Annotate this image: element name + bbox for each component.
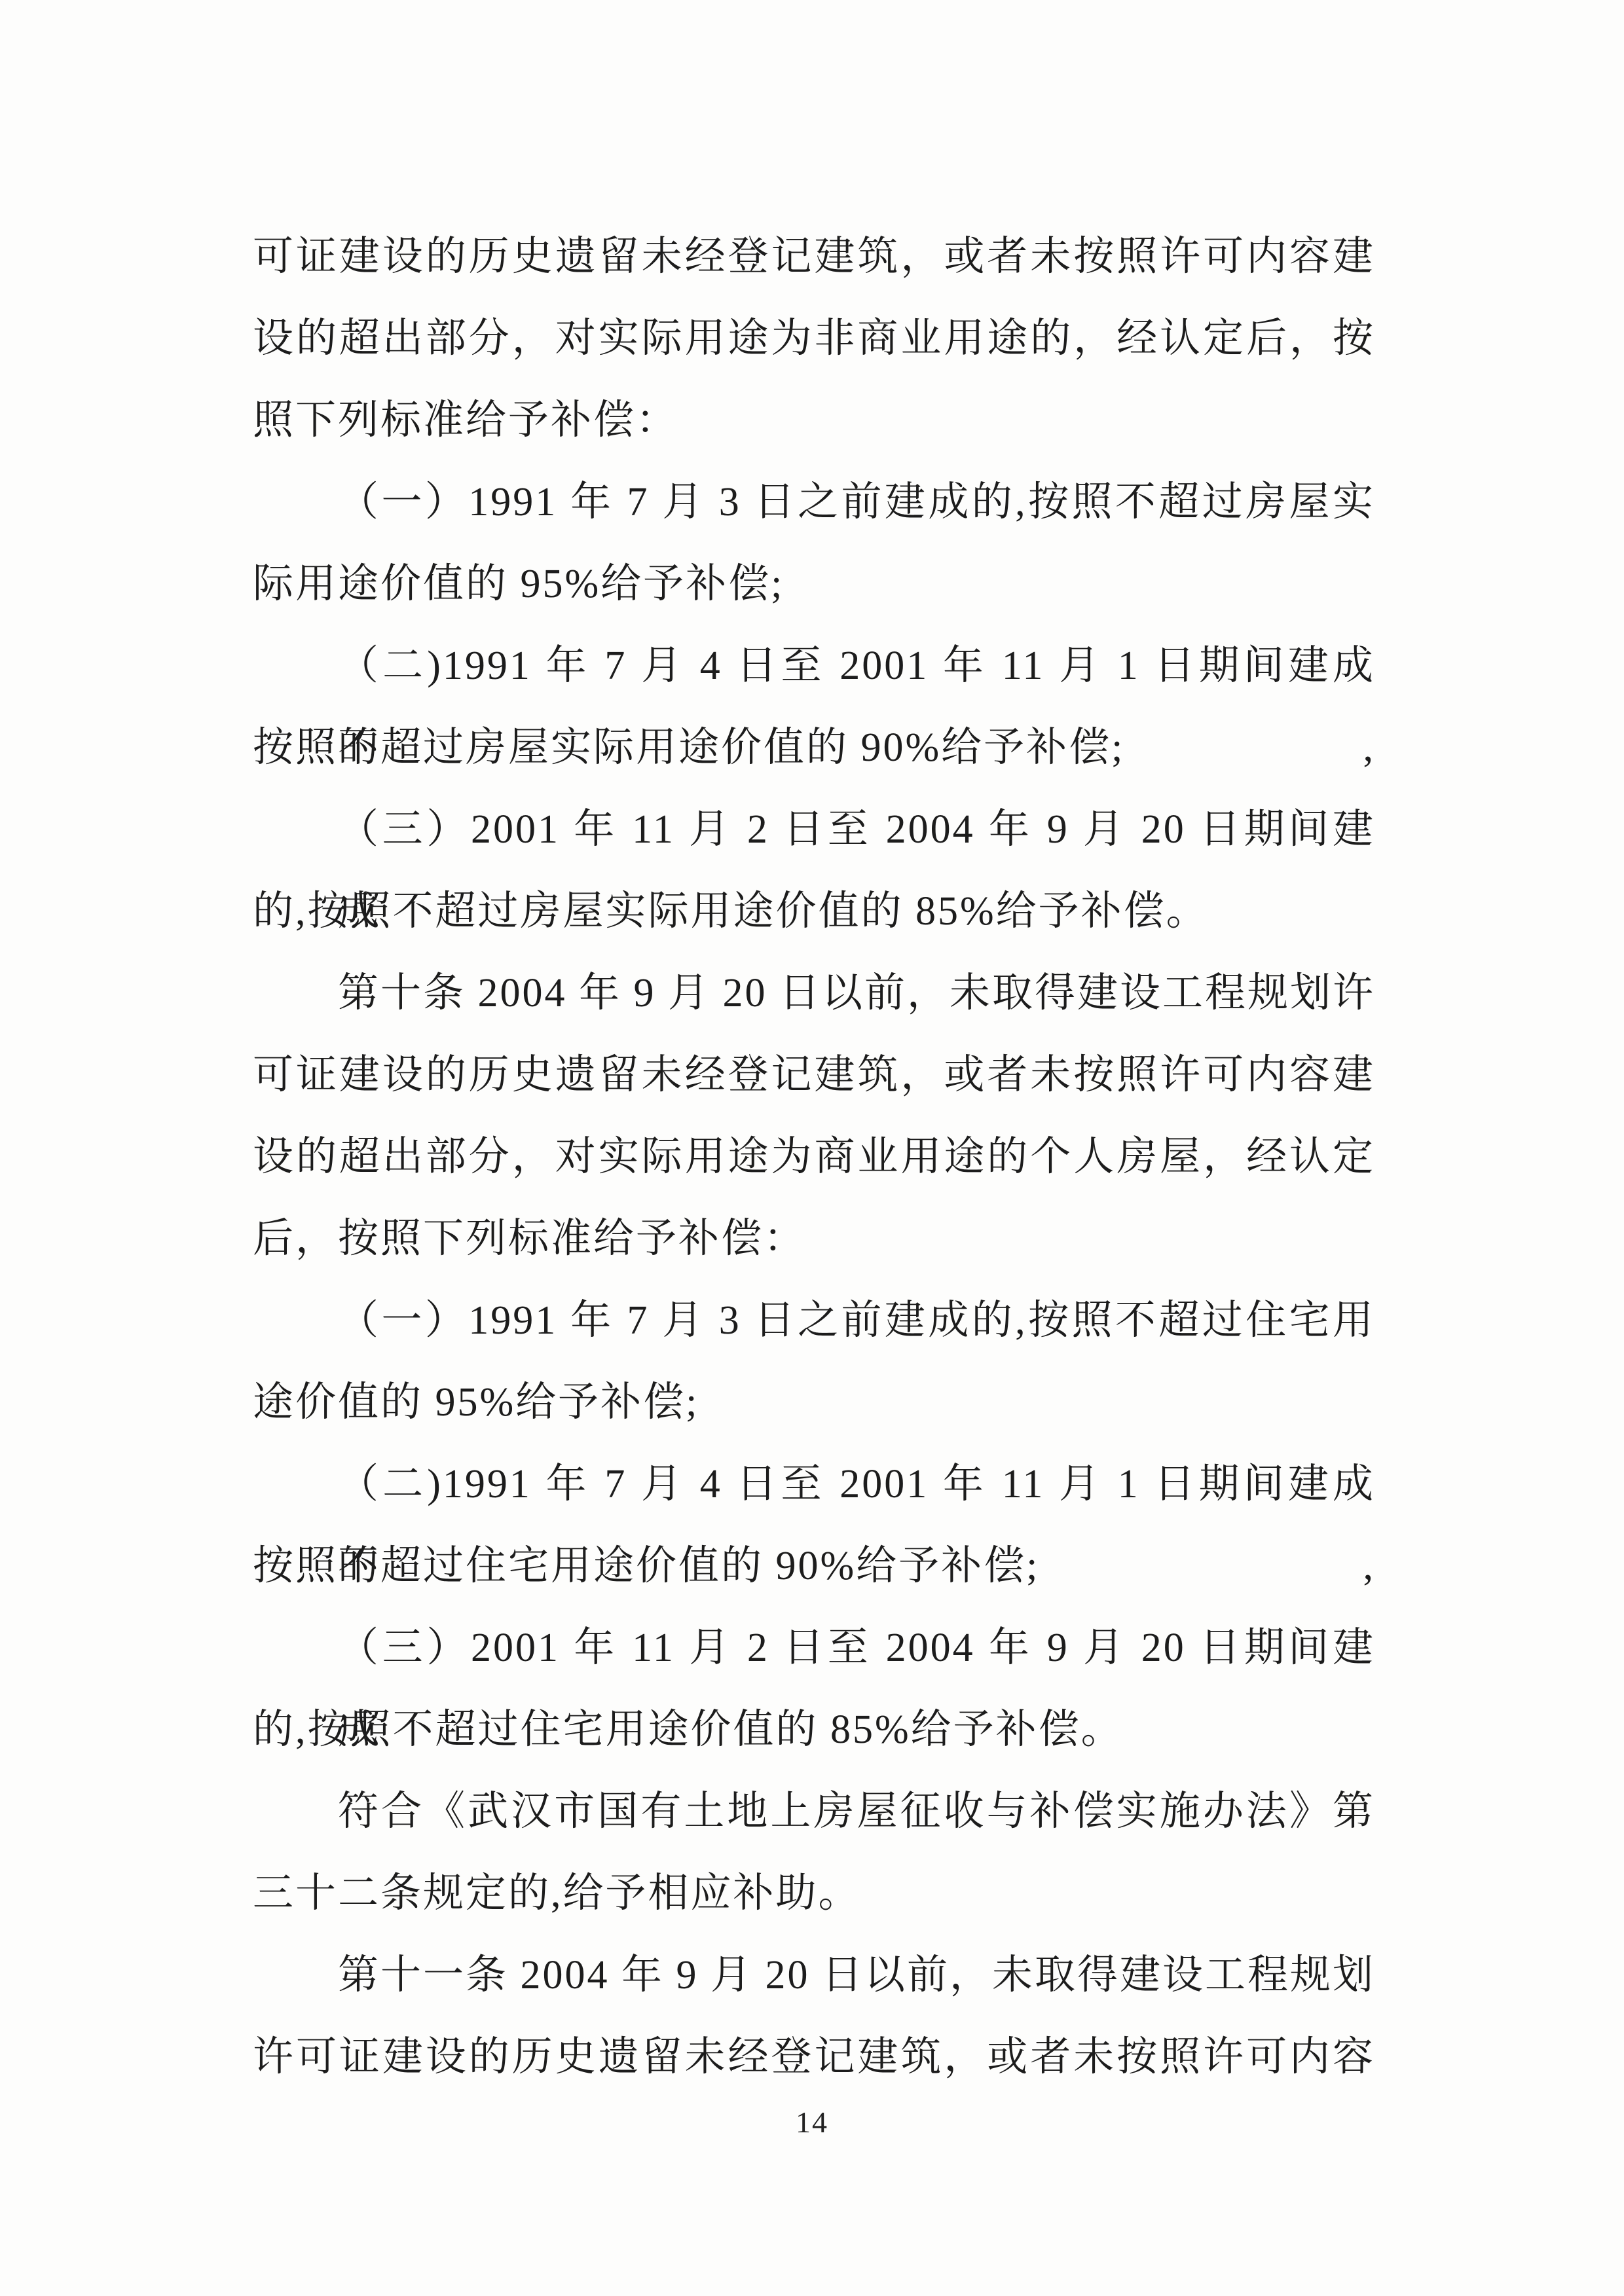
- page-number: 14: [0, 2103, 1624, 2142]
- text-line: 后，按照下列标准给予补偿：: [253, 1198, 1375, 1280]
- text-line: （一）1991 年 7 月 3 日之前建成的,按照不超过房屋实: [253, 462, 1375, 543]
- text-line: 第十条 2004 年 9 月 20 日以前，未取得建设工程规划许: [253, 953, 1375, 1034]
- document-page: 可证建设的历史遗留未经登记建筑，或者未按照许可内容建设的超出部分，对实际用途为非…: [0, 0, 1624, 2296]
- text-line: 的,按照不超过房屋实际用途价值的 85%给予补偿。: [253, 871, 1375, 953]
- document-body: 可证建设的历史遗留未经登记建筑，或者未按照许可内容建设的超出部分，对实际用途为非…: [253, 216, 1375, 2098]
- text-line: 际用途价值的 95%给予补偿;: [253, 543, 1375, 625]
- text-line: 可证建设的历史遗留未经登记建筑，或者未按照许可内容建: [253, 216, 1375, 298]
- text-line: 的,按照不超过住宅用途价值的 85%给予补偿。: [253, 1689, 1375, 1771]
- text-line: 途价值的 95%给予补偿;: [253, 1362, 1375, 1444]
- text-line: （二)1991 年 7 月 4 日至 2001 年 11 月 1 日期间建成的,: [253, 625, 1375, 707]
- text-line: 设的超出部分，对实际用途为商业用途的个人房屋，经认定: [253, 1116, 1375, 1198]
- text-line: 三十二条规定的,给予相应补助。: [253, 1853, 1375, 1935]
- text-line: 第十一条 2004 年 9 月 20 日以前，未取得建设工程规划: [253, 1935, 1375, 2016]
- text-line: 符合《武汉市国有土地上房屋征收与补偿实施办法》第: [253, 1771, 1375, 1853]
- text-line: 设的超出部分，对实际用途为非商业用途的，经认定后，按: [253, 298, 1375, 380]
- text-line: （一）1991 年 7 月 3 日之前建成的,按照不超过住宅用: [253, 1280, 1375, 1362]
- text-line: 可证建设的历史遗留未经登记建筑，或者未按照许可内容建: [253, 1034, 1375, 1116]
- text-line: （三）2001 年 11 月 2 日至 2004 年 9 月 20 日期间建成: [253, 1607, 1375, 1689]
- text-line: （三）2001 年 11 月 2 日至 2004 年 9 月 20 日期间建成: [253, 789, 1375, 871]
- text-line: 照下列标准给予补偿：: [253, 380, 1375, 462]
- text-line: （二)1991 年 7 月 4 日至 2001 年 11 月 1 日期间建成的,: [253, 1444, 1375, 1525]
- text-line: 许可证建设的历史遗留未经登记建筑，或者未按照许可内容: [253, 2016, 1375, 2098]
